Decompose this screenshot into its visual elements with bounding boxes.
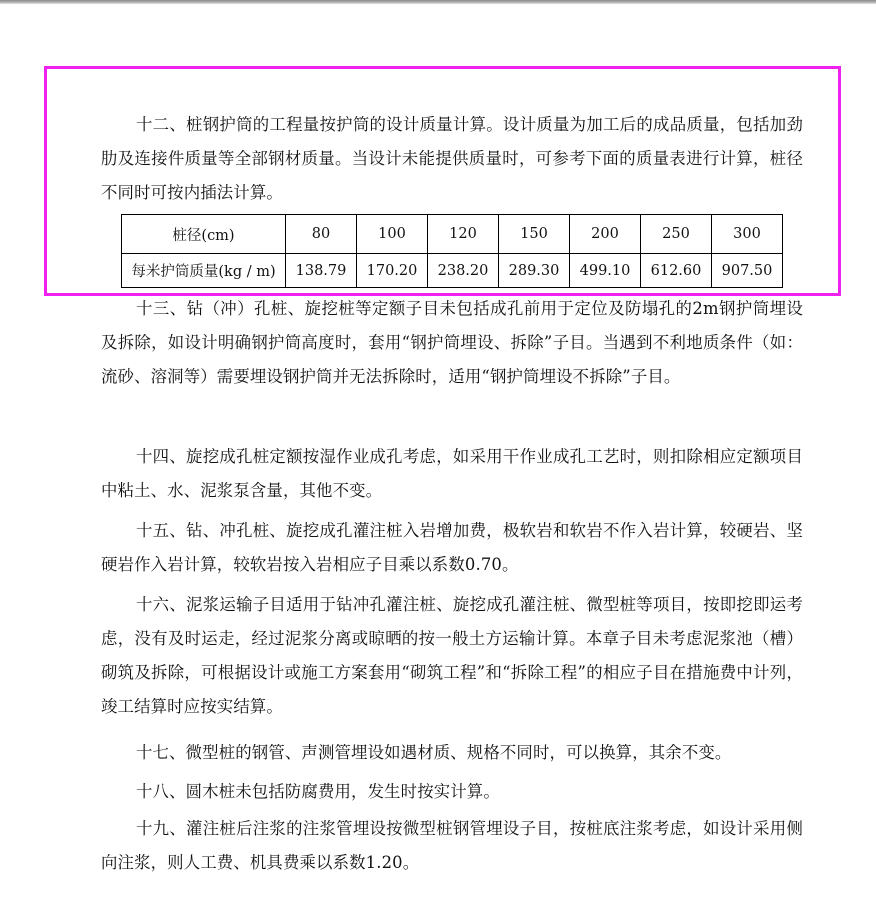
table-cell-mass: 907.50 xyxy=(712,254,783,288)
table-cell-mass: 138.79 xyxy=(286,254,357,288)
paragraph-15: 十五、钻、冲孔桩、旋挖成孔灌注桩入岩增加费，极软岩和软岩不作入岩计算，较硬岩、坚… xyxy=(101,514,803,582)
paragraph-19: 十九、灌注桩后注浆的注浆管埋设按微型桩钢管埋设子目，按桩底注浆考虑，如设计采用侧… xyxy=(101,812,803,880)
table-cell-diameter: 80 xyxy=(286,215,357,254)
paragraph-18: 十八、圆木桩未包括防腐费用，发生时按实计算。 xyxy=(101,775,803,809)
table-header-mass: 每米护筒质量(kg / m) xyxy=(122,254,286,288)
table-cell-diameter: 100 xyxy=(357,215,428,254)
table-cell-mass: 612.60 xyxy=(641,254,712,288)
table-cell-mass: 170.20 xyxy=(357,254,428,288)
table-cell-diameter: 300 xyxy=(712,215,783,254)
table-cell-mass: 238.20 xyxy=(428,254,499,288)
table-header-diameter: 桩径(cm) xyxy=(122,215,286,254)
table-cell-diameter: 120 xyxy=(428,215,499,254)
table-cell-mass: 499.10 xyxy=(570,254,641,288)
paragraph-13: 十三、钻（冲）孔桩、旋挖桩等定额子目未包括成孔前用于定位及防塌孔的2m钢护筒埋设… xyxy=(101,292,803,394)
paragraph-12: 十二、桩钢护筒的工程量按护筒的设计质量计算。设计质量为加工后的成品质量，包括加劲… xyxy=(101,108,803,210)
paragraph-14: 十四、旋挖成孔桩定额按湿作业成孔考虑，如采用干作业成孔工艺时，则扣除相应定额项目… xyxy=(101,440,803,508)
table-cell-diameter: 250 xyxy=(641,215,712,254)
table-row-mass: 每米护筒质量(kg / m) 138.79 170.20 238.20 289.… xyxy=(122,254,783,288)
paragraph-16: 十六、泥浆运输子目适用于钻冲孔灌注桩、旋挖成孔灌注桩、微型桩等项目，按即挖即运考… xyxy=(101,588,803,724)
table-row-diameter: 桩径(cm) 80 100 120 150 200 250 300 xyxy=(122,215,783,254)
paragraph-17: 十七、微型桩的钢管、声测管埋设如遇材质、规格不同时，可以换算，其余不变。 xyxy=(101,736,803,770)
table-cell-mass: 289.30 xyxy=(499,254,570,288)
table-cell-diameter: 200 xyxy=(570,215,641,254)
window-top-edge xyxy=(0,0,876,4)
steel-casing-mass-table: 桩径(cm) 80 100 120 150 200 250 300 每米护筒质量… xyxy=(121,214,783,288)
table-cell-diameter: 150 xyxy=(499,215,570,254)
